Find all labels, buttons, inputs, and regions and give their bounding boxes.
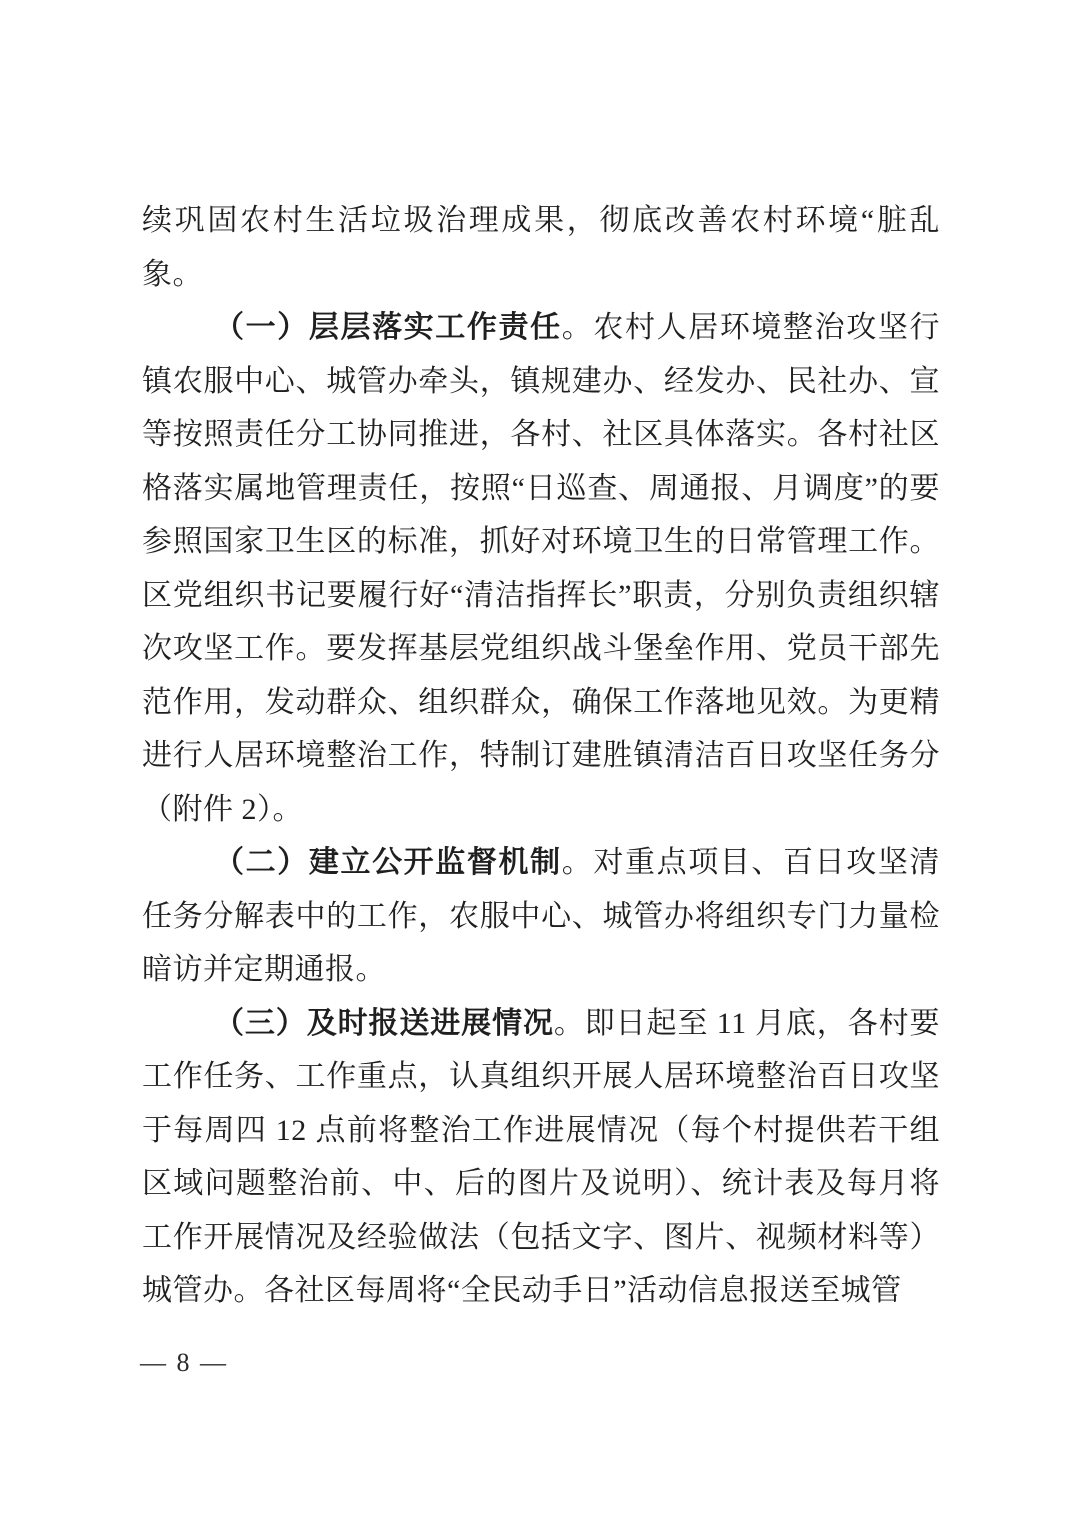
text-line: 暗访并定期通报。 [142,943,940,997]
text-segment: 镇农服中心、城管办牵头，镇规建办、经发办、民社办、宣传办 [142,365,940,409]
text-line: 城管办。各社区每周将“全民动手日”活动信息报送至城管办。 [142,1264,940,1318]
text-line: （一）层层落实工作责任。农村人居环境整治攻坚行动由 [142,301,940,355]
text-segment: 续巩固农村生活垃圾治理成果，彻底改善农村环境“脏乱差”现 [142,204,940,248]
text-line: 于每周四 12 点前将整治工作进展情况（每个村提供若干组不同 [142,1104,940,1158]
page-number: — 8 — [140,1348,228,1377]
text-line: 等按照责任分工协同推进，各村、社区具体落实。各村社区要严 [142,408,940,462]
text-segment: 工作任务、工作重点，认真组织开展人居环境整治百日攻坚工作， [142,1060,940,1104]
text-segment: 进行人居环境整治工作，特制订建胜镇清洁百日攻坚任务分解表 [142,739,940,783]
text-line: 工作开展情况及经验做法（包括文字、图片、视频材料等）报送 [142,1211,940,1265]
text-segment: 于每周四 12 点前将整治工作进展情况（每个村提供若干组不同 [142,1114,940,1158]
section-heading-segment: （三）及时报送进展情况 [214,1007,554,1040]
text-segment: 工作开展情况及经验做法（包括文字、图片、视频材料等）报送 [142,1221,940,1265]
text-segment: 参照国家卫生区的标准，抓好对环境卫生的日常管理工作。村社 [142,525,940,569]
text-line: 区域问题整治前、中、后的图片及说明）、统计表及每月将整治 [142,1157,940,1211]
text-segment: 城管办。各社区每周将“全民动手日”活动信息报送至城管办。 [142,1274,902,1318]
text-line: 参照国家卫生区的标准，抓好对环境卫生的日常管理工作。村社 [142,515,940,569]
text-line: （二）建立公开监督机制。对重点项目、百日攻坚清洁行动 [142,836,940,890]
section-heading-segment: （一）层层落实工作责任 [214,311,562,344]
text-segment: 区党组织书记要履行好“清洁指挥长”职责，分别负责组织辖区本 [142,579,940,623]
text-line: 范作用，发动群众、组织群众，确保工作落地见效。为更精确化 [142,676,940,730]
text-segment: 区域问题整治前、中、后的图片及说明）、统计表及每月将整治 [142,1167,940,1211]
text-line: （三）及时报送进展情况。即日起至 11 月底，各村要根据 [142,997,940,1051]
text-segment: （附件 2）。 [142,793,303,826]
text-line: 进行人居环境整治工作，特制订建胜镇清洁百日攻坚任务分解表 [142,729,940,783]
text-line: 区党组织书记要履行好“清洁指挥长”职责，分别负责组织辖区本 [142,569,940,623]
text-segment: 象。 [142,258,203,291]
text-line: 次攻坚工作。要发挥基层党组织战斗堡垒作用、党员干部先锋模 [142,622,940,676]
text-line: 任务分解表中的工作，农服中心、城管办将组织专门力量检查、 [142,890,940,944]
text-line: 象。 [142,248,940,302]
page-footer: — 8 — [140,1346,228,1380]
text-line: 镇农服中心、城管办牵头，镇规建办、经发办、民社办、宣传办 [142,355,940,409]
document-page: 续巩固农村生活垃圾治理成果，彻底改善农村环境“脏乱差”现象。（一）层层落实工作责… [0,0,1074,1520]
text-line: 工作任务、工作重点，认真组织开展人居环境整治百日攻坚工作， [142,1050,940,1104]
text-line: 续巩固农村生活垃圾治理成果，彻底改善农村环境“脏乱差”现 [142,194,940,248]
text-segment: 暗访并定期通报。 [142,953,386,986]
text-segment: 任务分解表中的工作，农服中心、城管办将组织专门力量检查、 [142,900,940,944]
section-heading-segment: （二）建立公开监督机制 [214,846,562,879]
document-body: 续巩固农村生活垃圾治理成果，彻底改善农村环境“脏乱差”现象。（一）层层落实工作责… [142,194,940,1318]
text-segment: 等按照责任分工协同推进，各村、社区具体落实。各村社区要严 [142,418,940,462]
text-segment: 次攻坚工作。要发挥基层党组织战斗堡垒作用、党员干部先锋模 [142,632,940,676]
text-line: 格落实属地管理责任，按照“日巡查、周通报、月调度”的要求， [142,462,940,516]
text-segment: 格落实属地管理责任，按照“日巡查、周通报、月调度”的要求， [142,472,940,516]
text-segment: 范作用，发动群众、组织群众，确保工作落地见效。为更精确化 [142,686,940,730]
text-line: （附件 2）。 [142,783,940,837]
